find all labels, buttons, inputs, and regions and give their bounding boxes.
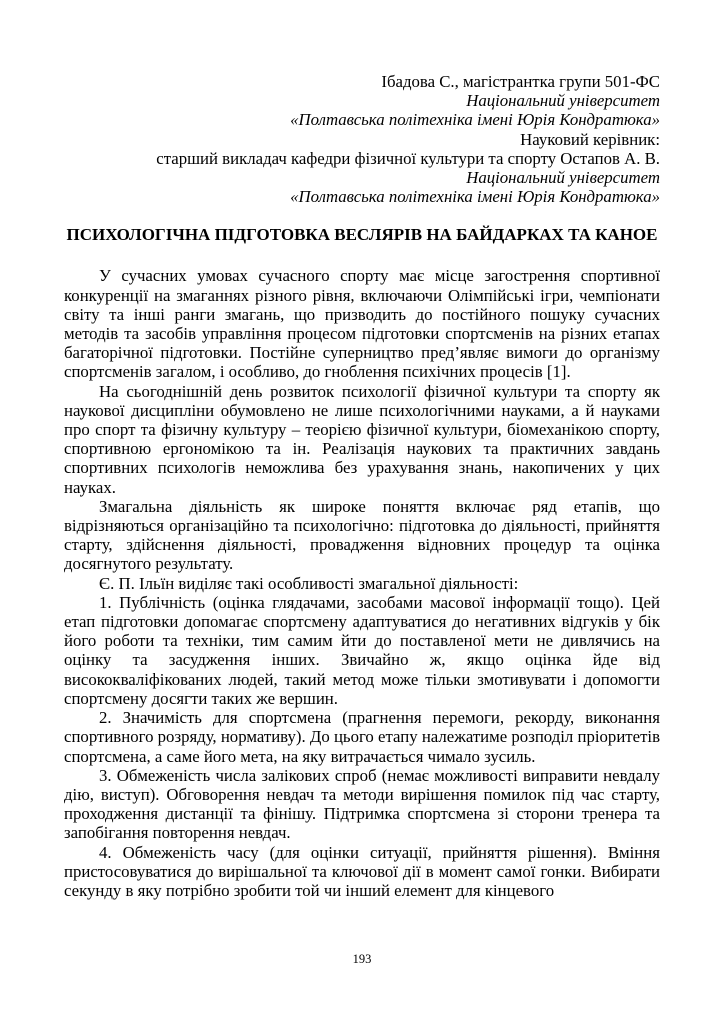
paragraph: Є. П. Ільїн виділяє такі особливості зма… [64,574,660,593]
header-line: Ібадова С., магістрантка групи 501-ФС [64,72,660,91]
header-line: Національний університет [64,168,660,187]
paragraph: Змагальна діяльність як широке поняття в… [64,497,660,574]
header-line: старший викладач кафедри фізичної культу… [64,149,660,168]
paragraph: 4. Обмеженість часу (для оцінки ситуації… [64,843,660,901]
paragraph: 2. Значимість для спортсмена (прагнення … [64,708,660,766]
paragraph: У сучасних умовах сучасного спорту має м… [64,266,660,381]
page-number: 193 [0,952,724,966]
header-line: Науковий керівник: [64,130,660,149]
header-line: «Полтавська політехніка імені Юрія Кондр… [64,187,660,206]
document-page: Ібадова С., магістрантка групи 501-ФСНац… [0,0,724,1024]
paragraph: 1. Публічність (оцінка глядачами, засоба… [64,593,660,708]
paragraph: 3. Обмеженість числа залікових спроб (не… [64,766,660,843]
body-text: У сучасних умовах сучасного спорту має м… [64,266,660,900]
page-title: ПСИХОЛОГІЧНА ПІДГОТОВКА ВЕСЛЯРІВ НА БАЙД… [64,225,660,245]
author-block: Ібадова С., магістрантка групи 501-ФСНац… [64,72,660,206]
header-line: «Полтавська політехніка імені Юрія Кондр… [64,110,660,129]
header-line: Національний університет [64,91,660,110]
paragraph: На сьогоднішній день розвиток психології… [64,382,660,497]
